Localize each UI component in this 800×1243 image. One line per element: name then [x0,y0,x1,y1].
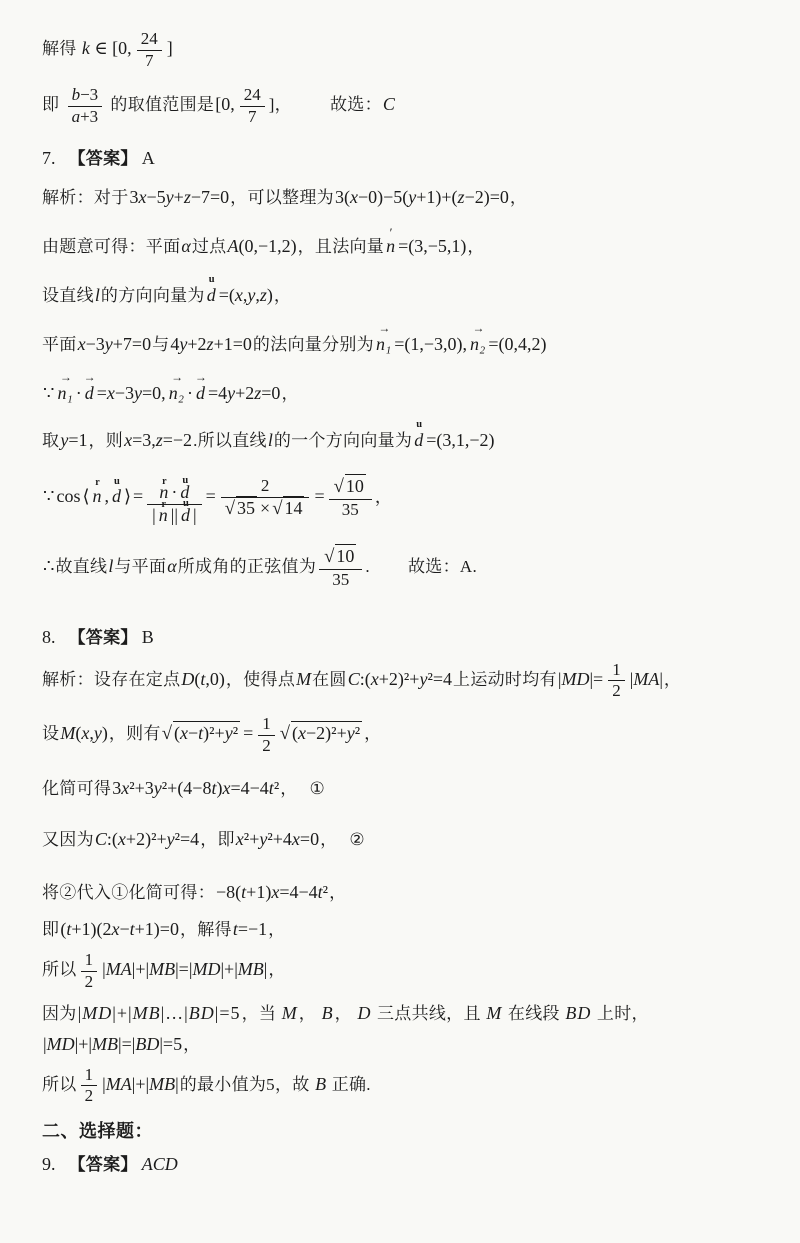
square-root: √35 [225,499,258,518]
math-expression: 3x−5y+z−7=0 [130,187,230,207]
because-sign: ∵ [43,383,54,403]
cjk-text: 过点 [192,237,227,256]
cjk-text: ，即 [200,830,235,849]
solution-line: 所以12|MA|+|MB|=|MD|+|MB|， [42,951,772,991]
solution-line: 平面x−3y+7=0与4y+2z+1=0的法向量分别为→n₁=(1,−3,0),… [42,331,772,358]
math-expression: y=1 [60,430,87,450]
solution-line: 设直线l的方向向量为ud=(x,y,z)， [42,282,772,309]
math-expression: C:(x+2)²+y²=4 [348,669,452,689]
cjk-text: ，则有 [109,724,161,743]
fraction-numerator: √10 [329,477,372,500]
vector-d: ud [414,427,423,454]
vector-arrow-accent: → [378,322,390,334]
cjk-text: ， [281,384,298,403]
equals-sign: = [206,486,216,506]
cjk-text: 化简可得 [42,779,111,798]
math-expression: =(x,y,z) [219,285,273,305]
fraction-numerator: rn·ud [147,472,201,505]
cjk-text: 故选： [330,95,382,114]
cjk-text: ，使得点 [226,670,295,689]
math-expression: =(3,−5,1) [398,236,466,256]
cjk-text: 因为 [42,1004,77,1023]
vector-r-accent: r [95,478,99,488]
math-expression: B [315,1074,326,1094]
vector-arrow-accent: → [84,371,96,383]
vector-arrow-accent: → [60,371,72,383]
cjk-text: ， [467,237,484,256]
answer-label: 【答案】 [69,1155,138,1174]
cjk-text: 取 [42,431,59,450]
cjk-text: 的最小值为5，故 [180,1075,314,1094]
radical-sign: √ [162,723,172,744]
equals-sign: = [133,486,143,506]
vector-r-accent: r [162,477,166,487]
fraction-denominator: 2 [81,972,98,992]
math-expression: (t+1)(2x−t+1)=0 [60,919,179,939]
cjk-text: 解析：对于 [42,188,129,207]
vector-base: d [85,383,94,403]
answer-label: 【答案】 [69,628,138,647]
solution-line: 解析：设存在定点D(t,0)，使得点M在圆C:(x+2)²+y²=4上运动时均有… [42,661,772,701]
math-expression: ] [167,38,173,58]
vector-u-accent: u [183,499,189,510]
vector-n: rn [92,483,101,510]
vector-u-accent: u [416,420,422,431]
therefore-sign: ∴ [43,556,54,576]
solution-line: 取y=1，则x=3,z=−2.所以直线l的一个方向向量为ud=(3,1,−2) [42,427,772,454]
fraction-numerator: √10 [319,547,362,570]
cjk-text: 正确. [327,1075,371,1094]
solution-line: 由题意可得：平面α过点A(0,−1,2)，且法向量′n=(3,−5,1)， [42,233,772,260]
dot-operator: · [187,383,193,403]
fraction-denominator: 2 [258,736,275,756]
cjk-text: 平面 [42,335,77,354]
vector-base: d [112,486,121,506]
fraction: rn·ud|rn||ud| [147,472,201,526]
fraction: b−3a+3 [67,86,104,126]
cjk-text: ，解得 [180,920,232,939]
solution-line: 化简可得3x²+3y²+(4−8t)x=4−4t²，① [42,775,772,802]
cjk-text: 所成角的正弦值为 [178,557,316,576]
cjk-text: 故选：A. [408,557,477,576]
solution-line: 将②代入①化简可得：−8(t+1)x=4−4t²， [42,879,772,906]
vector-base: d [414,430,423,450]
fraction: 247 [239,86,266,126]
vector-base: n₂ [470,334,485,354]
math-expression: k ∈ [0, [82,38,132,58]
cjk-text: 由题意可得：平面 [42,237,180,256]
answer-letter: C [383,94,395,114]
fraction-denominator: 35 [320,570,361,590]
fraction: 247 [136,30,163,70]
cjk-text: 将②代入①化简可得： [42,883,215,902]
cjk-text: ，可以整理为 [230,188,334,207]
solution-line: 又因为C:(x+2)²+y²=4，即x²+y²+4x=0，② [42,826,772,853]
square-root: √14 [272,499,305,518]
math-expression: l [95,285,100,305]
dot-operator: · [171,482,177,502]
cjk-text: 的一个方向向量为 [274,431,412,450]
square-root: √(x−t)²+y² [162,724,241,743]
fraction-denominator: 2 [81,1086,98,1106]
cjk-text: 故直线 [55,557,107,576]
radicand: 14 [283,496,304,518]
vector-d: ud [207,282,216,309]
fraction-denominator: |rn||ud| [147,505,201,526]
vector-arrow-accent: → [472,322,484,334]
math-expression: =x−3y=0, [97,383,166,403]
math-expression: α [167,556,176,576]
square-root: √(x−2)²+y² [280,724,363,743]
vector-n1: →n₁ [57,380,72,407]
math-expression: 3x²+3y²+(4−8t)x=4−4t² [112,778,279,798]
math-expression: =(0,4,2) [488,334,546,354]
solution-line: ∵→n₁·→d=x−3y=0,→n₂·→d=4y+2z=0， [42,380,772,407]
because-sign: ∵ [43,486,54,506]
cjk-text: 解得 [42,39,77,58]
cjk-text: ， [299,1004,321,1023]
math-expression: =(3,1,−2) [426,430,494,450]
cjk-text: ， [268,920,285,939]
math-expression: t=−1 [233,919,267,939]
angle-bracket-left: ⟨ [82,486,89,506]
solution-line: 即(t+1)(2x−t+1)=0，解得t=−1， [42,916,772,943]
radicand: (x−t)²+y² [173,721,240,743]
solution-line: ∵cos⟨rn,ud⟩=rn·ud|rn||ud|=2√35×√14=√1035… [42,472,772,526]
fraction-denominator: a+3 [68,107,103,127]
vector-r-accent: r [161,500,165,510]
radical-sign: √ [272,498,282,519]
vector-d: →d [85,380,94,407]
vector-n: rn [159,506,168,526]
solution-line: 解得 k ∈ [0,247] [42,30,772,70]
vector-base: d [196,383,205,403]
cjk-text: 解析：设存在定点 [42,670,180,689]
cjk-text: ，则 [88,431,123,450]
cjk-text: ， [510,188,527,207]
math-expression: C:(x+2)²+y²=4 [95,829,199,849]
vector-d: →d [196,380,205,407]
vector-n2: →n₂ [470,331,485,358]
math-expression: |MA|+|MB| [102,1074,179,1094]
times-sign: × [260,498,270,518]
math-expression: A(0,−1,2) [227,236,296,256]
fraction-numerator: 1 [608,661,625,682]
cjk-text: ， [183,1035,200,1054]
math-expression: =(1,−3,0), [394,334,467,354]
vector-arrow-accent: → [171,371,183,383]
cjk-text: ，且法向量 [298,237,385,256]
equals-sign: = [314,486,324,506]
math-expression: |MA| [630,669,663,689]
circled-number: ② [349,830,365,849]
vector-base: n₁ [376,334,391,354]
math-expression: =4y+2z=0 [208,383,280,403]
fraction: 12 [607,661,626,701]
cjk-text: 上时， [592,1004,648,1023]
norm-bar: | [193,505,197,525]
comma: , [104,486,109,506]
norm-bar: | [152,505,156,525]
math-expression: [0, [215,94,235,114]
question-number: 8. [42,624,56,651]
equals-sign: = [243,723,253,743]
math-expression: x=3,z=−2 [124,430,192,450]
fraction-numerator: 1 [81,951,98,972]
answer-line: 9.【答案】ACD [42,1151,772,1178]
fraction: 12 [80,1066,99,1106]
radical-sign: √ [324,546,334,567]
answer-line: 8.【答案】B [42,624,772,651]
math-expression: |MD|+|MB|…|BD|=5 [78,1003,241,1023]
math-expression: |MA|+|MB|=|MD|+|MB| [102,959,267,979]
cjk-text: ]， [269,95,292,114]
math-expression: M [486,1003,502,1023]
math-expression: l [108,556,113,576]
question-number: 7. [42,145,56,172]
cjk-text: 在线段 [503,1004,564,1023]
vector-u-accent: u [209,275,215,286]
radicand: 35 [236,496,257,518]
section-heading: 二、选择题： [42,1118,772,1145]
math-expression: |MD|= [558,669,603,689]
cjk-text: 与 [152,335,169,354]
solution-line: 解析：对于3x−5y+z−7=0，可以整理为3(x−0)−5(y+1)+(z−2… [42,184,772,211]
math-expression: x−3y+7=0 [78,334,151,354]
cjk-text: ， [335,1004,357,1023]
fraction-numerator: 24 [137,30,162,51]
radicand: (x−2)²+y² [291,721,362,743]
cjk-text: 即 [42,920,59,939]
cosine-function: cos [56,486,80,506]
vector-n2: →n₂ [169,380,184,407]
cjk-text: 所以 [42,960,77,979]
vector-n: ′n [386,233,395,260]
vector-n1: →n₁ [376,331,391,358]
solution-line: ∴故直线l与平面α所成角的正弦值为√1035.故选：A. [42,547,772,589]
vector-d: ud [181,506,190,526]
fraction-numerator: 2 [221,477,310,498]
cjk-text: ， [280,779,297,798]
cjk-text: . [365,557,370,576]
math-expression: 4y+2z+1=0 [170,334,251,354]
math-expression: B [322,1003,334,1023]
norm-bars: || [171,505,178,525]
radicand: 10 [335,544,356,566]
fraction-numerator: 1 [81,1066,98,1087]
radical-sign: √ [225,498,235,519]
fraction: 2√35×√14 [220,477,311,519]
answer-letter: ACD [142,1154,178,1174]
cjk-text: ， [268,960,285,979]
fraction-numerator: 24 [240,86,265,107]
angle-bracket-right: ⟩ [124,486,131,506]
math-expression: |MD|+|MB|=|BD|=5 [43,1034,182,1054]
vector-base: n₁ [57,383,72,403]
cjk-text: 设 [42,724,59,743]
cjk-text: ，当 [242,1004,281,1023]
solution-line: 即 b−3a+3 的取值范围是[0,247]，故选：C [42,86,772,126]
vector-u-accent: u [114,477,120,488]
answer-letter: A [142,148,155,168]
fraction-denominator: 2 [608,681,625,701]
cjk-text: 在圆 [312,670,347,689]
circled-number: ① [310,779,326,798]
fraction: √1035 [319,547,362,589]
cjk-text: ， [320,830,337,849]
fraction-denominator: 35 [330,500,371,520]
vector-tick-accent: ′ [390,226,393,239]
fraction-denominator: √35×√14 [220,498,311,520]
math-expression: M(x,y) [60,723,108,743]
fraction-numerator: 1 [258,715,275,736]
solution-line: |MD|+|MB|=|BD|=5， [42,1031,772,1058]
cjk-text: 上运动时均有 [453,670,557,689]
answer-label: 【答案】 [69,149,138,168]
cjk-text: ， [274,286,291,305]
vector-arrow-accent: → [195,371,207,383]
vector-base: n [92,486,101,506]
vector-base: d [207,285,216,305]
cjk-text: 设直线 [42,286,94,305]
cjk-text: ， [329,883,346,902]
cjk-text: 所以 [42,1075,77,1094]
math-expression: 3(x−0)−5(y+1)+(z−2)=0 [335,187,509,207]
cjk-text: ， [664,670,681,689]
answer-line: 7.【答案】A [42,145,772,172]
math-expression: α [181,236,190,256]
solution-line: 所以12|MA|+|MB|的最小值为5，故 B 正确. [42,1066,772,1106]
cjk-text: 三点共线，且 [372,1004,485,1023]
fraction-denominator: 7 [137,51,162,71]
math-expression: M [296,669,311,689]
solution-line: 因为|MD|+|MB|…|BD|=5，当 M， B， D 三点共线，且 M 在线… [42,1000,772,1027]
radical-sign: √ [280,723,290,744]
cjk-text: 即 [42,95,59,114]
math-expression: M [282,1003,298,1023]
vector-u-accent: u [182,476,188,487]
cjk-text: 的方向向量为 [101,286,205,305]
math-expression: BD [565,1003,591,1023]
math-expression: l [268,430,273,450]
question-number: 9. [42,1151,56,1178]
cjk-text: 的法向量分别为 [253,335,374,354]
fraction: √1035 [329,477,372,519]
math-expression: x²+y²+4x=0 [236,829,319,849]
cjk-text: ， [364,724,381,743]
square-root: √10 [324,547,357,566]
fraction: 12 [257,715,276,755]
radical-sign: √ [334,476,344,497]
fraction-numerator: b−3 [68,86,103,107]
cjk-text: 又因为 [42,830,94,849]
square-root: √10 [334,477,367,496]
solution-line: 设M(x,y)，则有√(x−t)²+y²=12√(x−2)²+y²， [42,715,772,755]
fraction-denominator: 7 [240,107,265,127]
cjk-text: 的取值范围是 [110,95,214,114]
dot-operator: · [76,383,82,403]
math-expression: −8(t+1)x=4−4t² [216,882,328,902]
scanned-answer-page: 解得 k ∈ [0,247] 即 b−3a+3 的取值范围是[0,247]，故选… [0,0,800,1178]
answer-letter: B [142,627,154,647]
cjk-text: 与平面 [114,557,166,576]
cjk-text: .所以直线 [193,431,267,450]
radicand: 10 [345,474,366,496]
fraction: 12 [80,951,99,991]
section-heading-text: 二、选择题： [42,1121,153,1141]
cjk-text: ， [375,487,392,506]
math-expression: D [357,1003,371,1023]
vector-base: n₂ [169,383,184,403]
math-expression: D(t,0) [181,669,225,689]
vector-d: ud [112,483,121,510]
